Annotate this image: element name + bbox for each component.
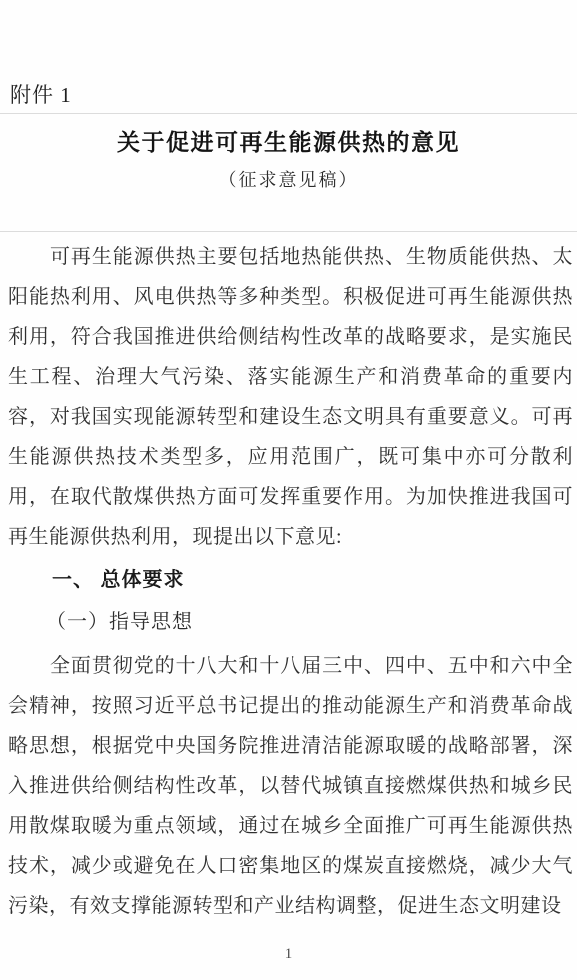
document-body: 可再生能源供热主要包括地热能供热、生物质能供热、太阳能热利用、风电供热等多种类型… [8, 237, 573, 926]
divider-line-top [0, 113, 577, 114]
attachment-label: 附件 1 [10, 79, 72, 109]
document-subtitle: （征求意见稿） [0, 166, 577, 192]
guiding-ideology-paragraph: 全面贯彻党的十八大和十八届三中、四中、五中和六中全会精神，按照习近平总书记提出的… [8, 646, 573, 926]
document-page: 附件 1 关于促进可再生能源供热的意见 （征求意见稿） 可再生能源供热主要包括地… [0, 0, 577, 980]
document-title: 关于促进可再生能源供热的意见 [0, 124, 577, 157]
intro-paragraph: 可再生能源供热主要包括地热能供热、生物质能供热、太阳能热利用、风电供热等多种类型… [8, 237, 573, 557]
section-heading-overall-requirements: 一、 总体要求 [8, 559, 573, 601]
page-number: 1 [0, 946, 577, 963]
subsection-heading-guiding-ideology: （一）指导思想 [8, 601, 573, 643]
divider-line-header [0, 231, 577, 232]
